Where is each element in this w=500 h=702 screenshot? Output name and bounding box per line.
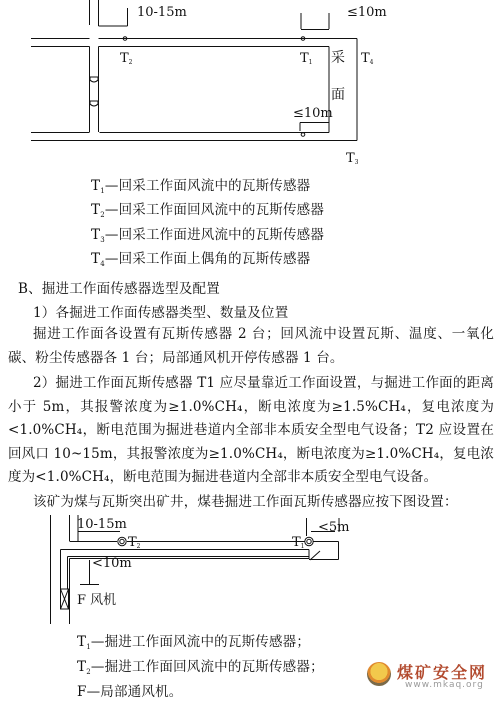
diagram2-intro: 该矿为煤与瓦斯突出矿井，煤巷掘进工作面瓦斯传感器应按下图设置：: [33, 494, 458, 510]
label-lt-10m: <10m: [92, 556, 132, 571]
item1-body: 掘进工作面各设置有瓦斯传感器 2 台；回风流中设置瓦斯、温度、一氧化碳、粉尘传感…: [8, 323, 494, 370]
label-lt-5m: <5m: [318, 520, 350, 535]
label-T2: T2: [120, 51, 133, 66]
watermark-url: www.mkaq.org: [405, 680, 484, 690]
label-10-15m: 10-15m: [137, 5, 187, 20]
legend2-item-T2: T2—掘进工作面回风流中的瓦斯传感器；: [77, 659, 324, 680]
legend-item-T1: T1—回采工作面风流中的瓦斯传感器: [91, 178, 310, 199]
watermark-logo: 煤矿安全网 www.mkaq.org: [367, 660, 497, 700]
mountain-logo-icon: [367, 662, 391, 686]
label-T3: T3: [346, 151, 359, 166]
label-face-char1: 采: [331, 50, 345, 66]
label-T2-heading: T2: [128, 535, 141, 550]
label-face-char2: 面: [331, 87, 345, 103]
label-fan: F 风机: [77, 592, 116, 608]
diagram-working-face-sensors: 10-15m ≤10m ≤10m T2 T1 T4 T3 采 面: [0, 0, 500, 175]
label-T1: T1: [300, 51, 313, 66]
legend-item-T3: T3—回采工作面进风流中的瓦斯传感器: [91, 227, 324, 248]
section-b-heading: B、掘进工作面传感器选型及配置: [18, 281, 220, 297]
item2-body: 2）掘进工作面瓦斯传感器 T1 应尽量靠近工作面设置，与掘进工作面的距离小于 5…: [8, 372, 494, 490]
legend-item-T2: T2—回采工作面回风流中的瓦斯传感器: [91, 202, 324, 223]
legend2-item-T1: T1—掘进工作面风流中的瓦斯传感器；: [77, 634, 310, 655]
label-T1-heading: T1: [292, 535, 305, 550]
label-10-15m-heading: 10-15m: [77, 517, 127, 532]
legend-item-T4: T4—回采工作面上偶角的瓦斯传感器: [91, 251, 310, 272]
item1-title: 1）各掘进工作面传感器类型、数量及位置: [33, 305, 288, 321]
label-le-10m-bottom: ≤10m: [293, 106, 333, 121]
label-le-10m-top: ≤10m: [347, 5, 387, 20]
legend2-item-F: F—局部通风机。: [77, 684, 182, 700]
label-T4: T4: [361, 51, 374, 66]
